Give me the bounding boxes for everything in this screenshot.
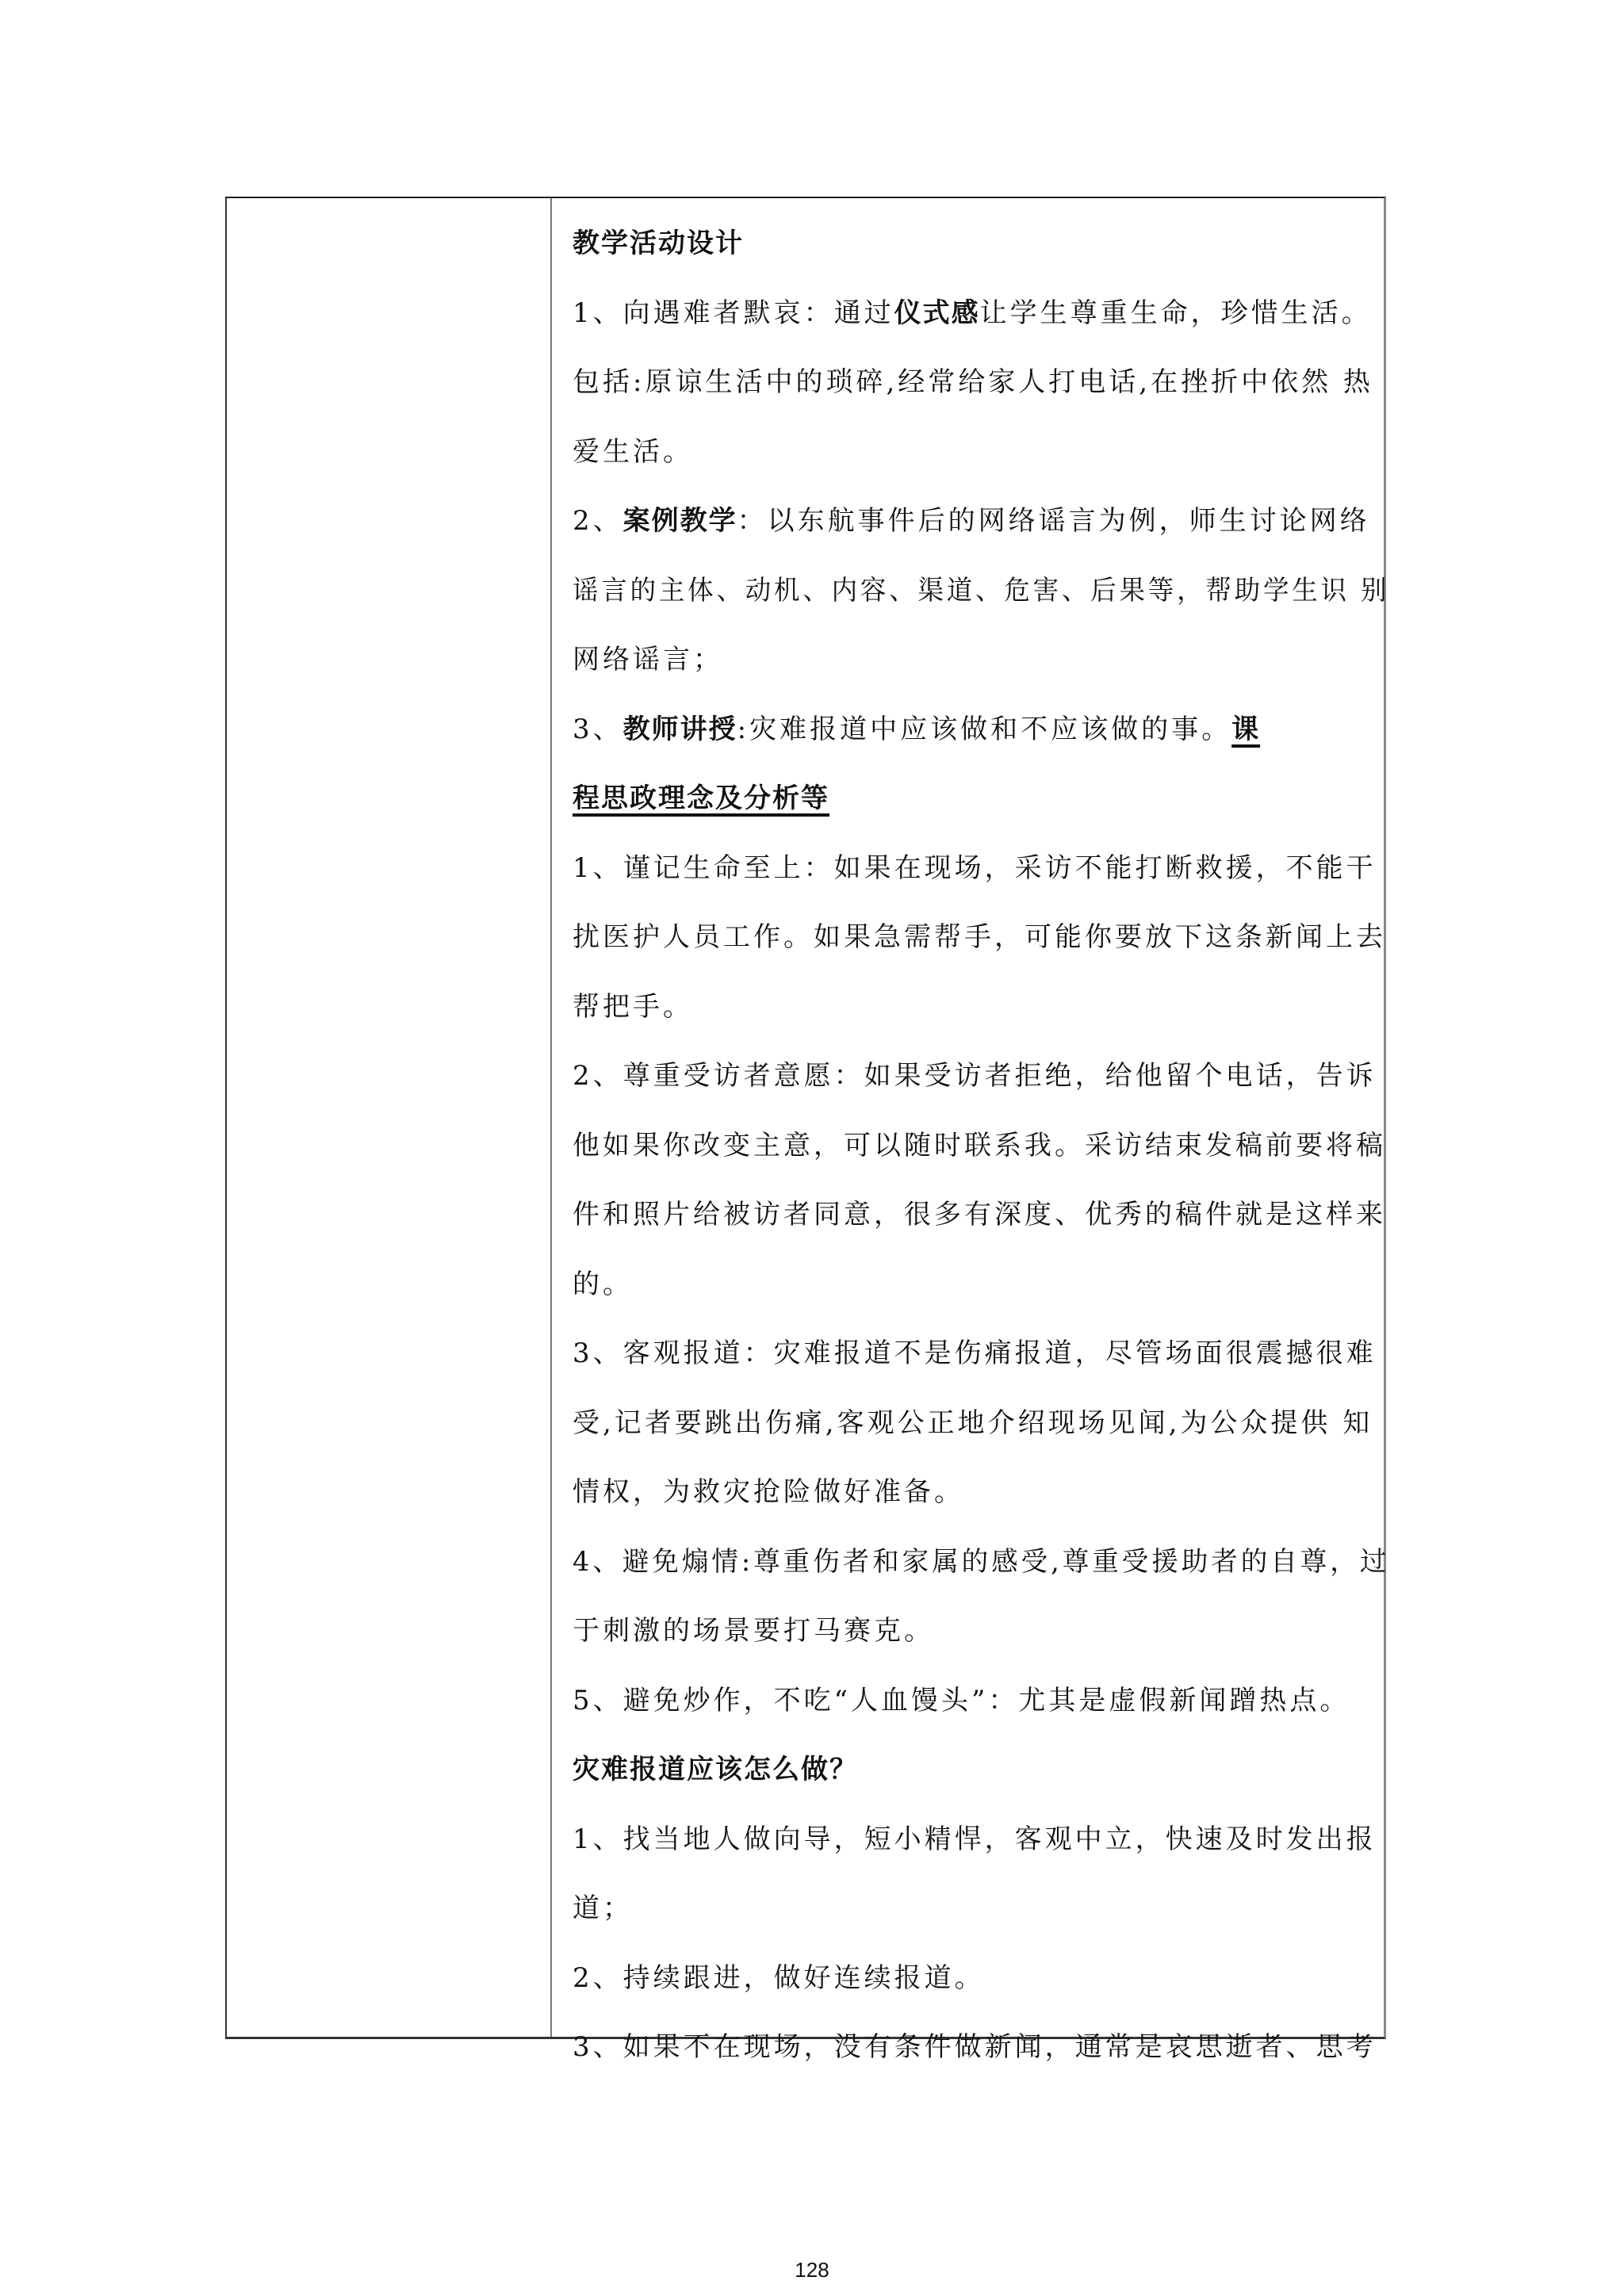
how-to-list: 1、找当地人做向导，短小精悍，客观中立，快速及时发出报 道； 2、持续跟进，做好… [573,1805,1376,2083]
section-heading-how-to-report: 灾难报道应该怎么做？ [573,1735,1376,1805]
item-2-line-2: 谣言的主体、动机、内容、渠道、危害、后果等，帮助学生识 别 [573,557,1339,626]
item-1-line-1: 1、向遇难者默哀：通过仪式感让学生尊重生命，珍惜生活。 [573,279,1376,349]
section-heading-teaching-design: 教学活动设计 [573,209,1376,279]
list-item-line: 情权，为救灾抢险做好准备。 [573,1458,1376,1528]
list-item-line: 3、如果不在现场，没有条件做新闻，通常是哀思逝者、思考 [573,2013,1376,2083]
text: :灾难报道中应该做和不应该做的事。 [737,714,1231,745]
item-1-line-3: 爱生活。 [573,418,1376,488]
bold-term: 教师讲授 [623,714,737,745]
text: 2、 [573,505,623,537]
bold-term: 案例教学 [623,505,737,537]
list-item-line: 2、尊重受访者意愿：如果受访者拒绝，给他留个电话，告诉 [573,1042,1376,1112]
text: 1、向遇难者默哀：通过 [573,297,894,329]
list-item-line: 于刺激的场景要打马赛克。 [573,1597,1376,1667]
bold-term: 仪式感 [894,297,980,329]
list-item-line: 道； [573,1874,1376,1944]
page-number: 128 [0,2258,1624,2283]
item-1-line-2: 包括:原谅生活中的琐碎,经常给家人打电话,在挫折中依然 热 [573,348,1376,418]
list-item-line: 受,记者要跳出伤痛,客观公正地介绍现场见闻,为公众提供 知 [573,1389,1376,1459]
list-item-line: 2、持续跟进，做好连续报道。 [573,1944,1376,2014]
list-item-line: 1、谨记生命至上：如果在现场，采访不能打断救援，不能干 [573,834,1376,904]
list-item-line: 4、避免煽情:尊重伤者和家属的感受,尊重受援助者的自尊，过 [573,1528,1365,1598]
list-item-line: 他如果你改变主意，可以随时联系我。采访结束发稿前要将稿 [573,1112,1376,1181]
section-heading-ideology: 程思政理念及分析等 [573,764,1376,834]
list-item-line: 的。 [573,1250,1376,1320]
text: 让学生尊重生命，珍惜生活。 [980,297,1372,329]
list-item-line: 1、找当地人做向导，短小精悍，客观中立，快速及时发出报 [573,1805,1376,1875]
list-item-line: 件和照片给被访者同意，很多有深度、优秀的稿件就是这样来 [573,1181,1376,1250]
list-item-line: 3、客观报道：灾难报道不是伤痛报道，尽管场面很震撼很难 [573,1319,1376,1389]
item-2-line-3: 网络谣言； [573,626,1376,695]
ideology-list: 1、谨记生命至上：如果在现场，采访不能打断救援，不能干 扰医护人员工作。如果急需… [573,834,1376,1736]
table-right-cell: 教学活动设计 1、向遇难者默哀：通过仪式感让学生尊重生命，珍惜生活。 包括:原谅… [552,198,1384,2037]
item-2-line-1: 2、案例教学：以东航事件后的网络谣言为例，师生讨论网络 [573,487,1376,557]
list-item-line: 5、避免炒作，不吃“人血馒头”：尤其是虚假新闻蹭热点。 [573,1667,1376,1736]
underlined-heading-start: 课 [1231,714,1260,745]
text: ：以东航事件后的网络谣言为例，师生讨论网络 [737,505,1370,537]
table-left-cell [227,198,552,2037]
list-item-line: 扰医护人员工作。如果急需帮手，可能你要放下这条新闻上去 [573,903,1376,973]
item-3-line-1: 3、教师讲授:灾难报道中应该做和不应该做的事。课 [573,695,1376,765]
list-item-line: 帮把手。 [573,973,1376,1043]
content-table: 教学活动设计 1、向遇难者默哀：通过仪式感让学生尊重生命，珍惜生活。 包括:原谅… [225,197,1386,2039]
text: 3、 [573,714,623,745]
